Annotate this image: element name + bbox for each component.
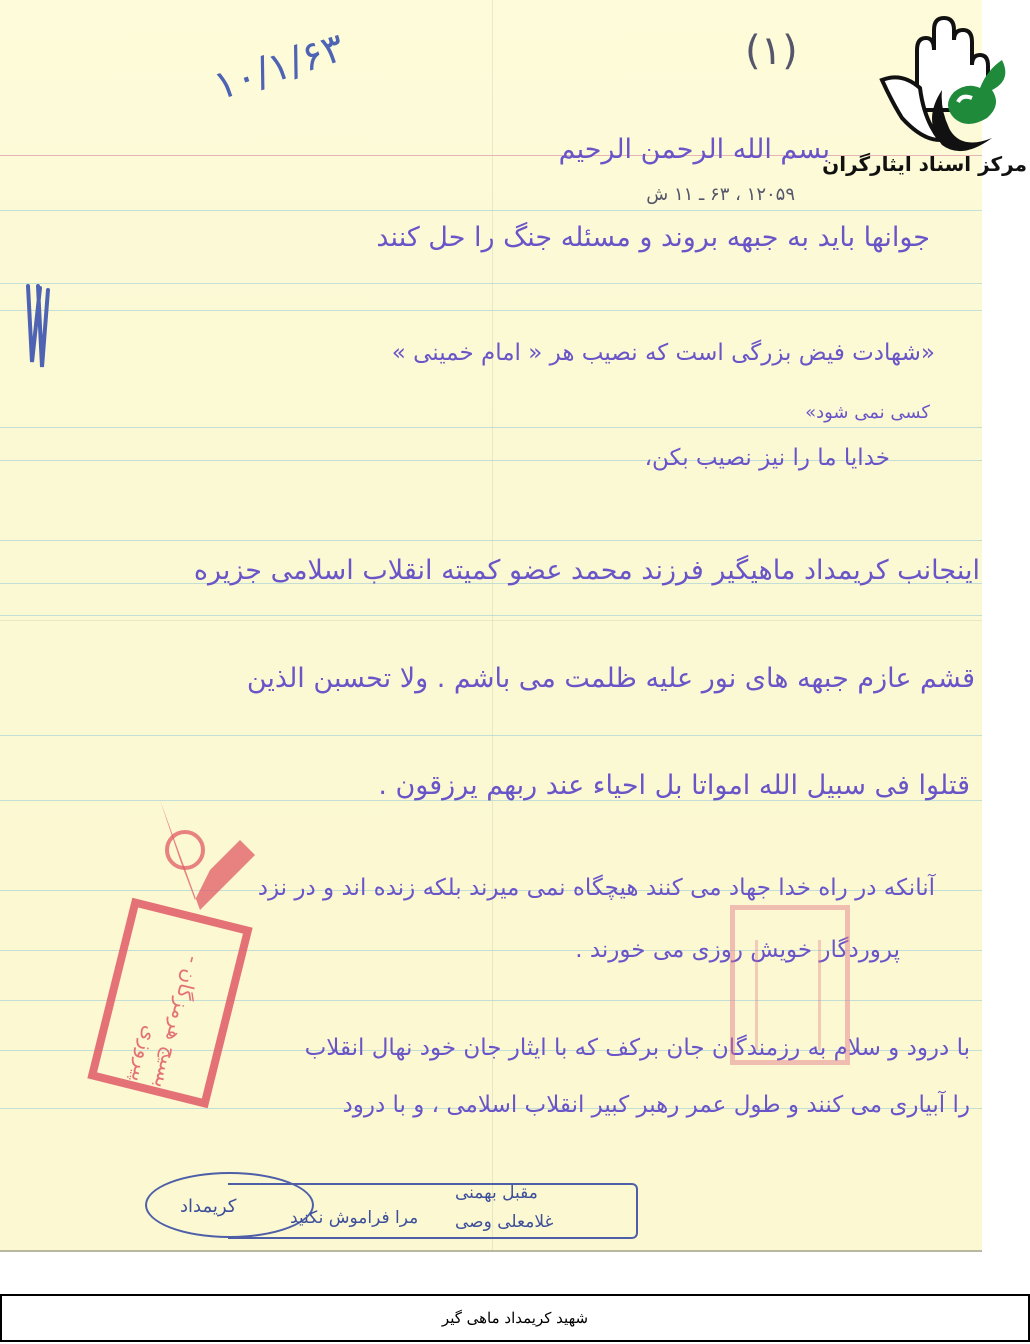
stamp-emblem-icon xyxy=(140,800,260,920)
stamp-text: بسیج هرمزگان - پیروزی xyxy=(126,915,214,1092)
caption-text: شهید کریمداد ماهی گیر xyxy=(442,1309,588,1327)
reference-number: ۱۲۰۵۹ ، ۶۳ ـ ۱۱ ش xyxy=(646,184,795,205)
margin-check-mark-icon xyxy=(22,282,52,372)
letter-line-3: کسی نمی شود» xyxy=(805,402,930,423)
caption-bar: شهید کریمداد ماهی گیر xyxy=(0,1294,1030,1342)
signature-scrawl: کریمداد xyxy=(180,1196,236,1217)
signature-witness-1: مقبل بهمنی xyxy=(455,1183,538,1203)
faint-stamp-inner xyxy=(755,940,821,1050)
letter-line-4: خدایا ما را نیز نصیب بکن، xyxy=(645,445,890,471)
letter-line-1: جوانها باید به جبهه بروند و مسئله جنگ را… xyxy=(376,222,930,253)
signature-witness-2: غلامعلی وصی xyxy=(455,1212,553,1232)
page-number: (١) xyxy=(745,28,798,74)
paper-fold-vertical xyxy=(492,0,493,1250)
signature-note: مرا فراموش نکنید xyxy=(290,1208,418,1228)
paper-fold-horizontal xyxy=(0,620,982,621)
letter-line-8: آنانکه در راه خدا جهاد می کنند هیچگاه نم… xyxy=(258,875,935,901)
letter-line-2: «شهادت فیض بزرگی است که نصیب هر « امام خ… xyxy=(392,340,935,366)
letter-line-11: را آبیاری می کنند و طول عمر رهبر کبیر ان… xyxy=(342,1092,970,1118)
letter-heading: بسم الله الرحمن الرحیم xyxy=(559,134,830,165)
letter-line-5: اینجانب کریمداد ماهیگیر فرزند محمد عضو ک… xyxy=(194,555,980,586)
letter-line-10: با درود و سلام به رزمندگان جان برکف که ب… xyxy=(305,1035,970,1061)
logo-text: مرکز اسناد ایثارگران xyxy=(862,152,1027,176)
letter-line-6: قشم عازم جبهه های نور علیه ظلمت می باشم … xyxy=(247,663,975,694)
letter-line-7: قتلوا فی سبیل الله امواتا بل احیاء عند ر… xyxy=(378,770,970,801)
